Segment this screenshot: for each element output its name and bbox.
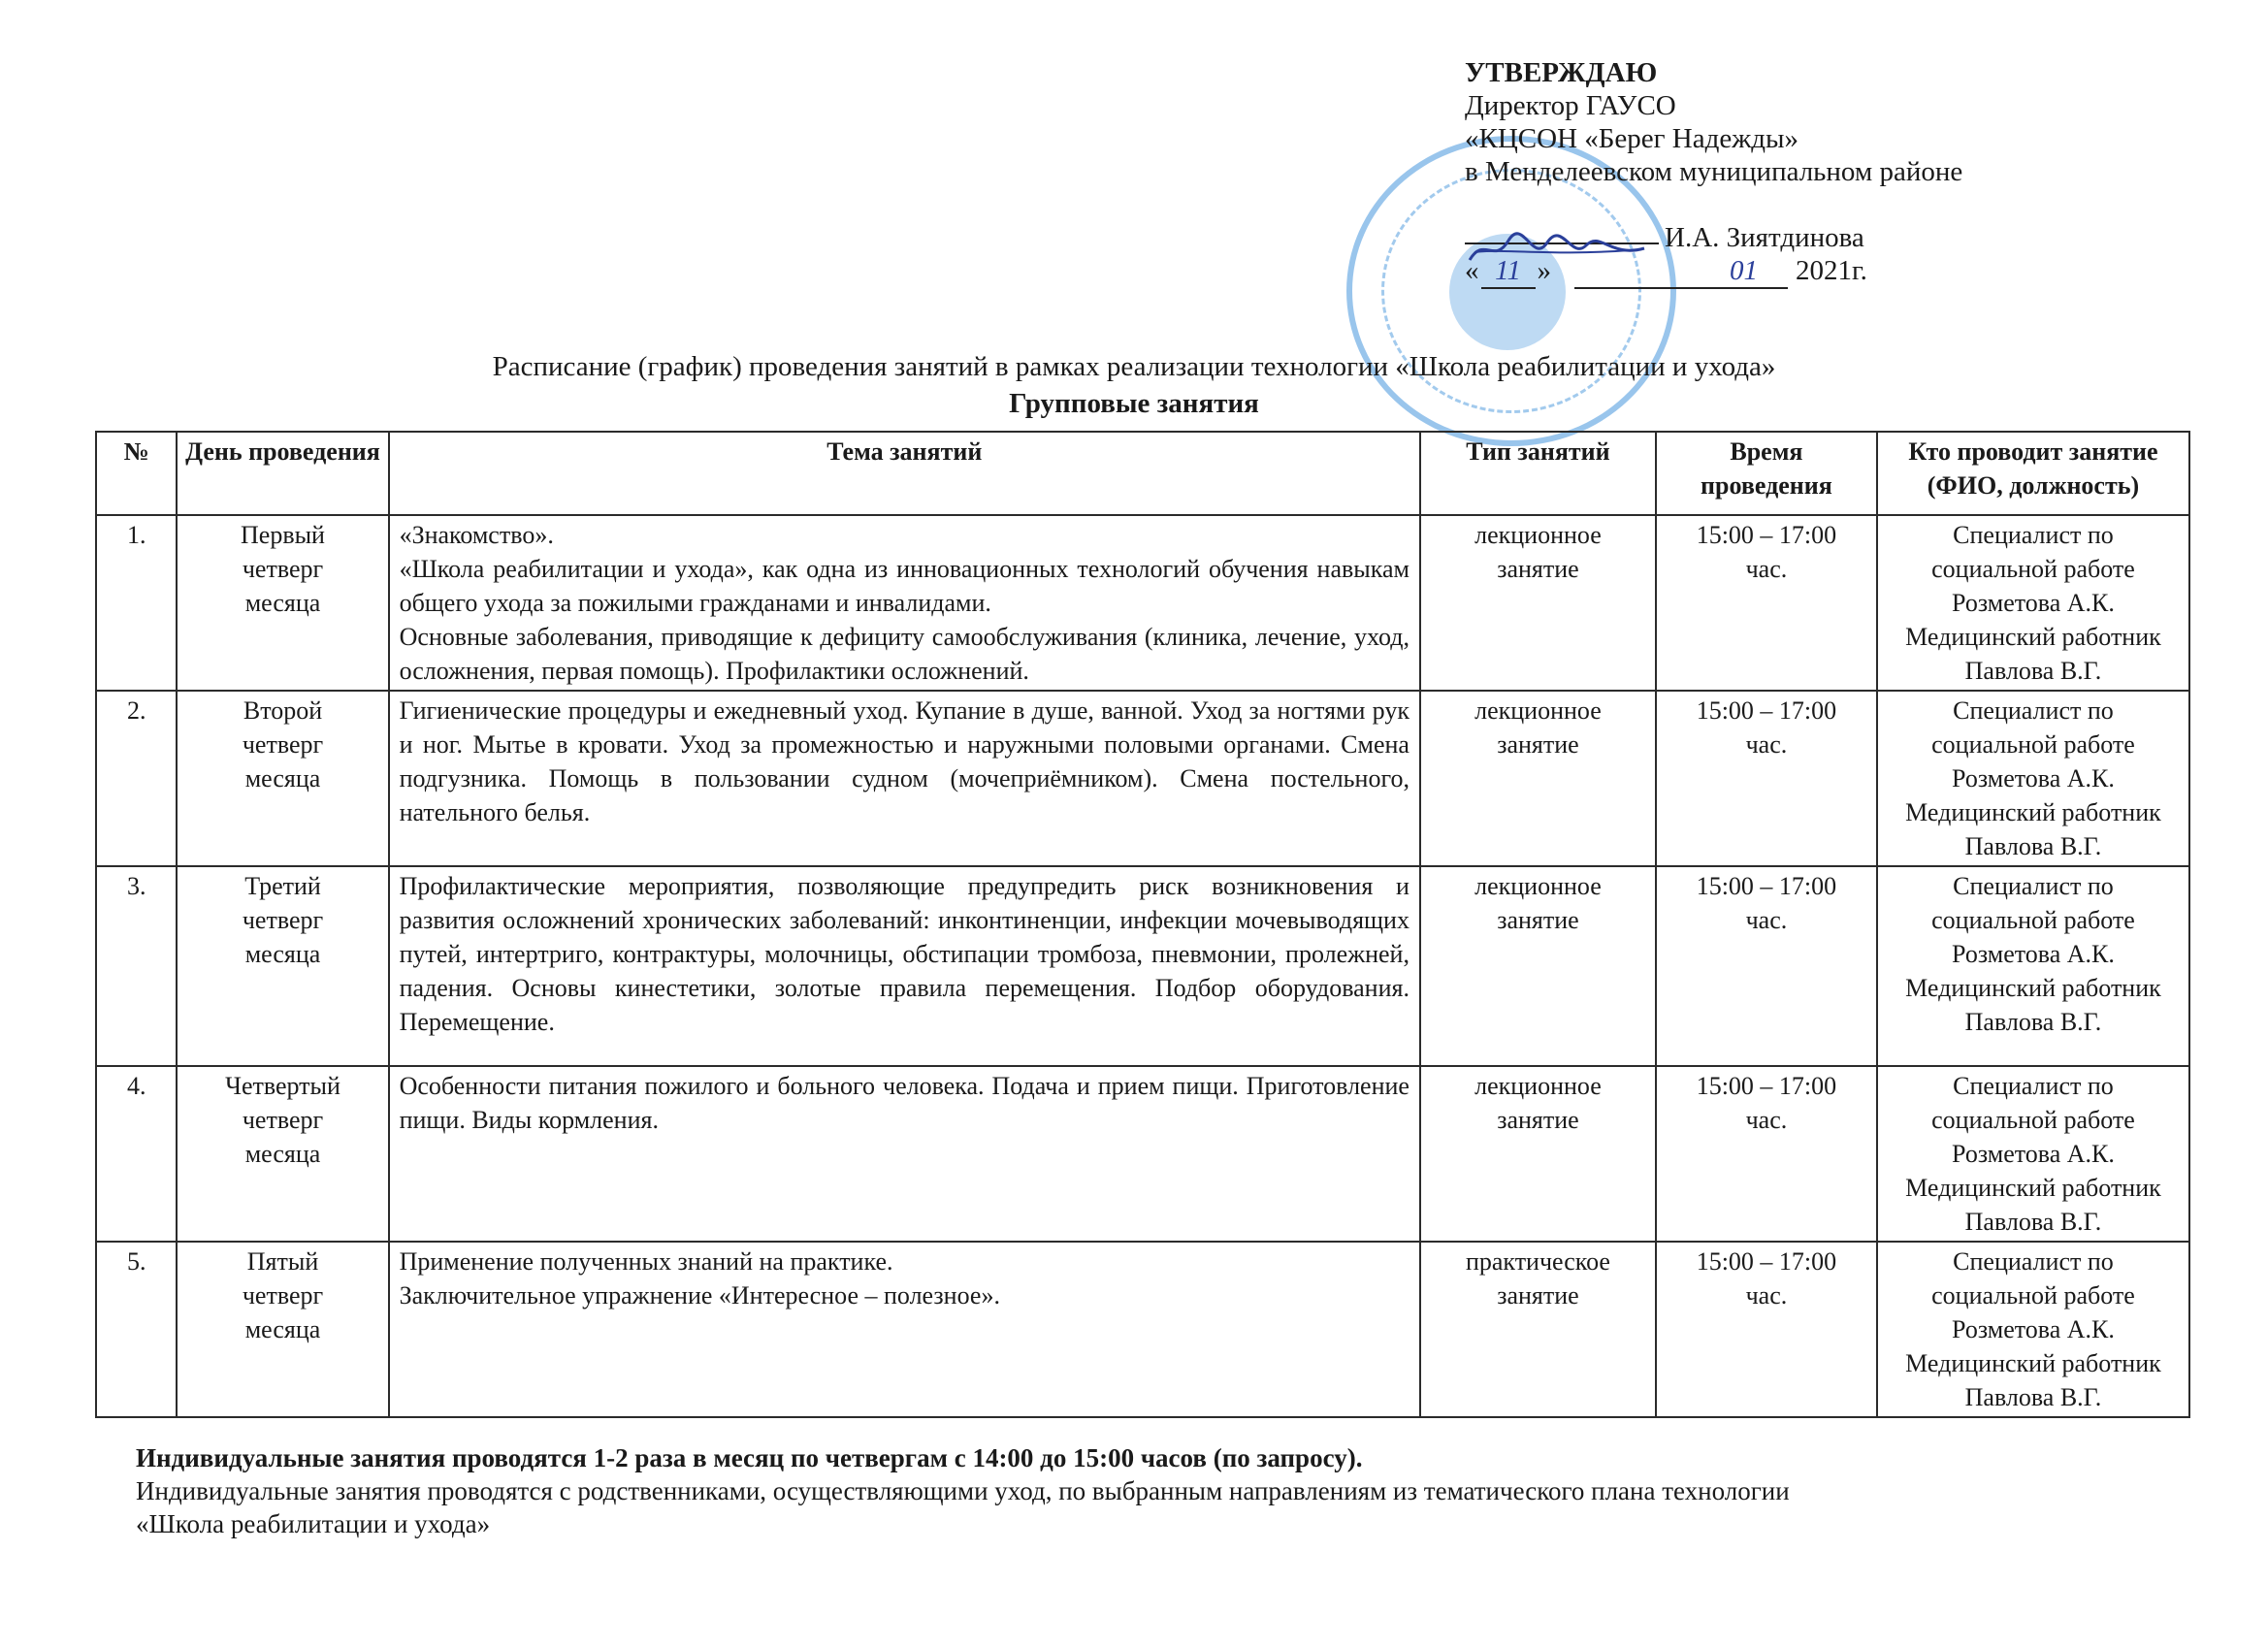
cell-day-line: Третий — [183, 869, 381, 903]
cell-type-line: занятие — [1427, 903, 1649, 937]
cell-topic-line: Профилактические мероприятия, позволяющи… — [400, 869, 1409, 1039]
cell-time-line: час. — [1663, 1103, 1870, 1137]
footer-bold-note: Индивидуальные занятия проводятся 1-2 ра… — [136, 1441, 2173, 1474]
cell-type: лекционноезанятие — [1420, 515, 1656, 691]
cell-who: Специалист посоциальной работеРозметова … — [1877, 866, 2189, 1066]
cell-type-line: лекционное — [1427, 1069, 1649, 1103]
cell-day-line: месяца — [183, 1137, 381, 1171]
cell-type-line: занятие — [1427, 1278, 1649, 1312]
cell-day-line: месяца — [183, 761, 381, 795]
cell-num: 5. — [96, 1242, 177, 1417]
cell-type-line: лекционное — [1427, 694, 1649, 727]
cell-who-line: социальной работе — [1884, 1278, 2183, 1312]
cell-num: 3. — [96, 866, 177, 1066]
cell-who-line: Павлова В.Г. — [1884, 1205, 2183, 1239]
cell-who-line: Розметова А.К. — [1884, 586, 2183, 620]
cell-time-line: 15:00 – 17:00 — [1663, 518, 1870, 552]
cell-day-line: Четвертый — [183, 1069, 381, 1103]
cell-type-line: лекционное — [1427, 518, 1649, 552]
cell-topic-line: Заключительное упражнение «Интересное – … — [400, 1278, 1409, 1312]
table-row: 5.ПятыйчетвергмесяцаПрименение полученны… — [96, 1242, 2189, 1417]
header-who: Кто проводит занятие (ФИО, должность) — [1877, 432, 2189, 515]
approval-line: Директор ГАУСО — [1465, 89, 1962, 122]
table-row: 4.ЧетвертыйчетвергмесяцаОсобенности пита… — [96, 1066, 2189, 1242]
date-year: 2021г. — [1796, 255, 1867, 286]
cell-day-line: четверг — [183, 1278, 381, 1312]
cell-who-line: Специалист по — [1884, 518, 2183, 552]
cell-topic: Применение полученных знаний на практике… — [389, 1242, 1420, 1417]
cell-num: 1. — [96, 515, 177, 691]
approval-line: «КЦСОН «Берег Надежды» — [1465, 122, 1962, 155]
cell-topic: «Знакомство».«Школа реабилитации и ухода… — [389, 515, 1420, 691]
cell-who-line: Медицинский работник — [1884, 795, 2183, 829]
cell-who-line: Специалист по — [1884, 1245, 2183, 1278]
cell-who-line: Специалист по — [1884, 694, 2183, 727]
header-time: Время проведения — [1656, 432, 1877, 515]
cell-num: 4. — [96, 1066, 177, 1242]
cell-type-line: занятие — [1427, 727, 1649, 761]
cell-who-line: Медицинский работник — [1884, 1171, 2183, 1205]
header-topic: Тема занятий — [389, 432, 1420, 515]
signature-blank — [1465, 242, 1659, 244]
cell-time-line: 15:00 – 17:00 — [1663, 1069, 1870, 1103]
header-day: День проведения — [177, 432, 388, 515]
footer-notes: Индивидуальные занятия проводятся 1-2 ра… — [136, 1441, 2173, 1540]
cell-time-line: час. — [1663, 903, 1870, 937]
cell-topic-line: «Знакомство». — [400, 518, 1409, 552]
cell-who-line: Розметова А.К. — [1884, 761, 2183, 795]
cell-day-line: четверг — [183, 727, 381, 761]
cell-day-line: Второй — [183, 694, 381, 727]
table-header-row: № День проведения Тема занятий Тип занят… — [96, 432, 2189, 515]
cell-type: практическоезанятие — [1420, 1242, 1656, 1417]
cell-day-line: четверг — [183, 903, 381, 937]
cell-who-line: Розметова А.К. — [1884, 937, 2183, 971]
cell-topic-line: Гигиенические процедуры и ежедневный ухо… — [400, 694, 1409, 829]
table-row: 2.ВторойчетвергмесяцаГигиенические проце… — [96, 691, 2189, 866]
cell-day-line: четверг — [183, 1103, 381, 1137]
cell-num: 2. — [96, 691, 177, 866]
cell-who: Специалист посоциальной работеРозметова … — [1877, 691, 2189, 866]
cell-topic: Гигиенические процедуры и ежедневный ухо… — [389, 691, 1420, 866]
schedule-table: № День проведения Тема занятий Тип занят… — [95, 431, 2190, 1418]
cell-day: Второйчетвергмесяца — [177, 691, 388, 866]
cell-time: 15:00 – 17:00час. — [1656, 1242, 1877, 1417]
cell-time: 15:00 – 17:00час. — [1656, 691, 1877, 866]
cell-type-line: занятие — [1427, 1103, 1649, 1137]
date-month: 01 — [1574, 254, 1788, 289]
cell-who-line: социальной работе — [1884, 1103, 2183, 1137]
signature-line: И.А. Зиятдинова — [1465, 221, 1962, 254]
cell-who-line: социальной работе — [1884, 903, 2183, 937]
cell-day-line: Первый — [183, 518, 381, 552]
cell-who-line: Розметова А.К. — [1884, 1137, 2183, 1171]
cell-type: лекционноезанятие — [1420, 1066, 1656, 1242]
cell-who: Специалист посоциальной работеРозметова … — [1877, 515, 2189, 691]
cell-who-line: Павлова В.Г. — [1884, 1380, 2183, 1414]
cell-time-line: 15:00 – 17:00 — [1663, 1245, 1870, 1278]
cell-who-line: Павлова В.Г. — [1884, 1005, 2183, 1039]
signatory-name: И.А. Зиятдинова — [1665, 222, 1864, 253]
approval-heading: УТВЕРЖДАЮ — [1465, 56, 1962, 89]
cell-who-line: Медицинский работник — [1884, 620, 2183, 654]
cell-type-line: практическое — [1427, 1245, 1649, 1278]
footer-note: «Школа реабилитации и ухода» — [136, 1507, 2173, 1540]
cell-who-line: Медицинский работник — [1884, 1346, 2183, 1380]
document-subtitle: Групповые занятия — [0, 388, 2268, 420]
table-row: 3.ТретийчетвергмесяцаПрофилактические ме… — [96, 866, 2189, 1066]
cell-time-line: час. — [1663, 552, 1870, 586]
cell-who-line: Павлова В.Г. — [1884, 829, 2183, 863]
cell-who-line: социальной работе — [1884, 727, 2183, 761]
cell-day-line: месяца — [183, 1312, 381, 1346]
cell-day: Четвертыйчетвергмесяца — [177, 1066, 388, 1242]
cell-day-line: Пятый — [183, 1245, 381, 1278]
cell-topic-line: Особенности питания пожилого и больного … — [400, 1069, 1409, 1137]
cell-type-line: лекционное — [1427, 869, 1649, 903]
cell-type: лекционноезанятие — [1420, 866, 1656, 1066]
cell-who-line: Медицинский работник — [1884, 971, 2183, 1005]
cell-who-line: Розметова А.К. — [1884, 1312, 2183, 1346]
approval-line: в Менделеевском муниципальном районе — [1465, 155, 1962, 188]
approval-date: «11»012021г. — [1465, 254, 1962, 289]
table-row: 1.Первыйчетвергмесяца«Знакомство».«Школа… — [96, 515, 2189, 691]
cell-time: 15:00 – 17:00час. — [1656, 515, 1877, 691]
cell-who-line: социальной работе — [1884, 552, 2183, 586]
cell-topic: Профилактические мероприятия, позволяющи… — [389, 866, 1420, 1066]
cell-topic-line: Применение полученных знаний на практике… — [400, 1245, 1409, 1278]
cell-topic-line: Основные заболевания, приводящие к дефиц… — [400, 620, 1409, 688]
cell-who: Специалист посоциальной работеРозметова … — [1877, 1066, 2189, 1242]
cell-topic: Особенности питания пожилого и больного … — [389, 1066, 1420, 1242]
cell-day: Пятыйчетвергмесяца — [177, 1242, 388, 1417]
cell-time-line: 15:00 – 17:00 — [1663, 694, 1870, 727]
cell-day: Первыйчетвергмесяца — [177, 515, 388, 691]
cell-time: 15:00 – 17:00час. — [1656, 866, 1877, 1066]
approval-block: УТВЕРЖДАЮ Директор ГАУСО «КЦСОН «Берег Н… — [1465, 56, 1962, 289]
cell-who-line: Специалист по — [1884, 869, 2183, 903]
date-quote-open: « — [1465, 255, 1479, 286]
cell-time: 15:00 – 17:00час. — [1656, 1066, 1877, 1242]
document-title: Расписание (график) проведения занятий в… — [0, 351, 2268, 383]
cell-day-line: месяца — [183, 586, 381, 620]
cell-day: Третийчетвергмесяца — [177, 866, 388, 1066]
cell-type-line: занятие — [1427, 552, 1649, 586]
cell-time-line: час. — [1663, 727, 1870, 761]
header-type: Тип занятий — [1420, 432, 1656, 515]
cell-type: лекционноезанятие — [1420, 691, 1656, 866]
cell-day-line: месяца — [183, 937, 381, 971]
cell-time-line: час. — [1663, 1278, 1870, 1312]
cell-time-line: 15:00 – 17:00 — [1663, 869, 1870, 903]
footer-note: Индивидуальные занятия проводятся с родс… — [136, 1474, 2173, 1507]
date-day: 11 — [1481, 254, 1536, 289]
cell-who-line: Павлова В.Г. — [1884, 654, 2183, 688]
cell-topic-line: «Школа реабилитации и ухода», как одна и… — [400, 552, 1409, 620]
cell-who-line: Специалист по — [1884, 1069, 2183, 1103]
cell-day-line: четверг — [183, 552, 381, 586]
date-quote-close: » — [1538, 255, 1552, 286]
header-num: № — [96, 432, 177, 515]
cell-who: Специалист посоциальной работеРозметова … — [1877, 1242, 2189, 1417]
